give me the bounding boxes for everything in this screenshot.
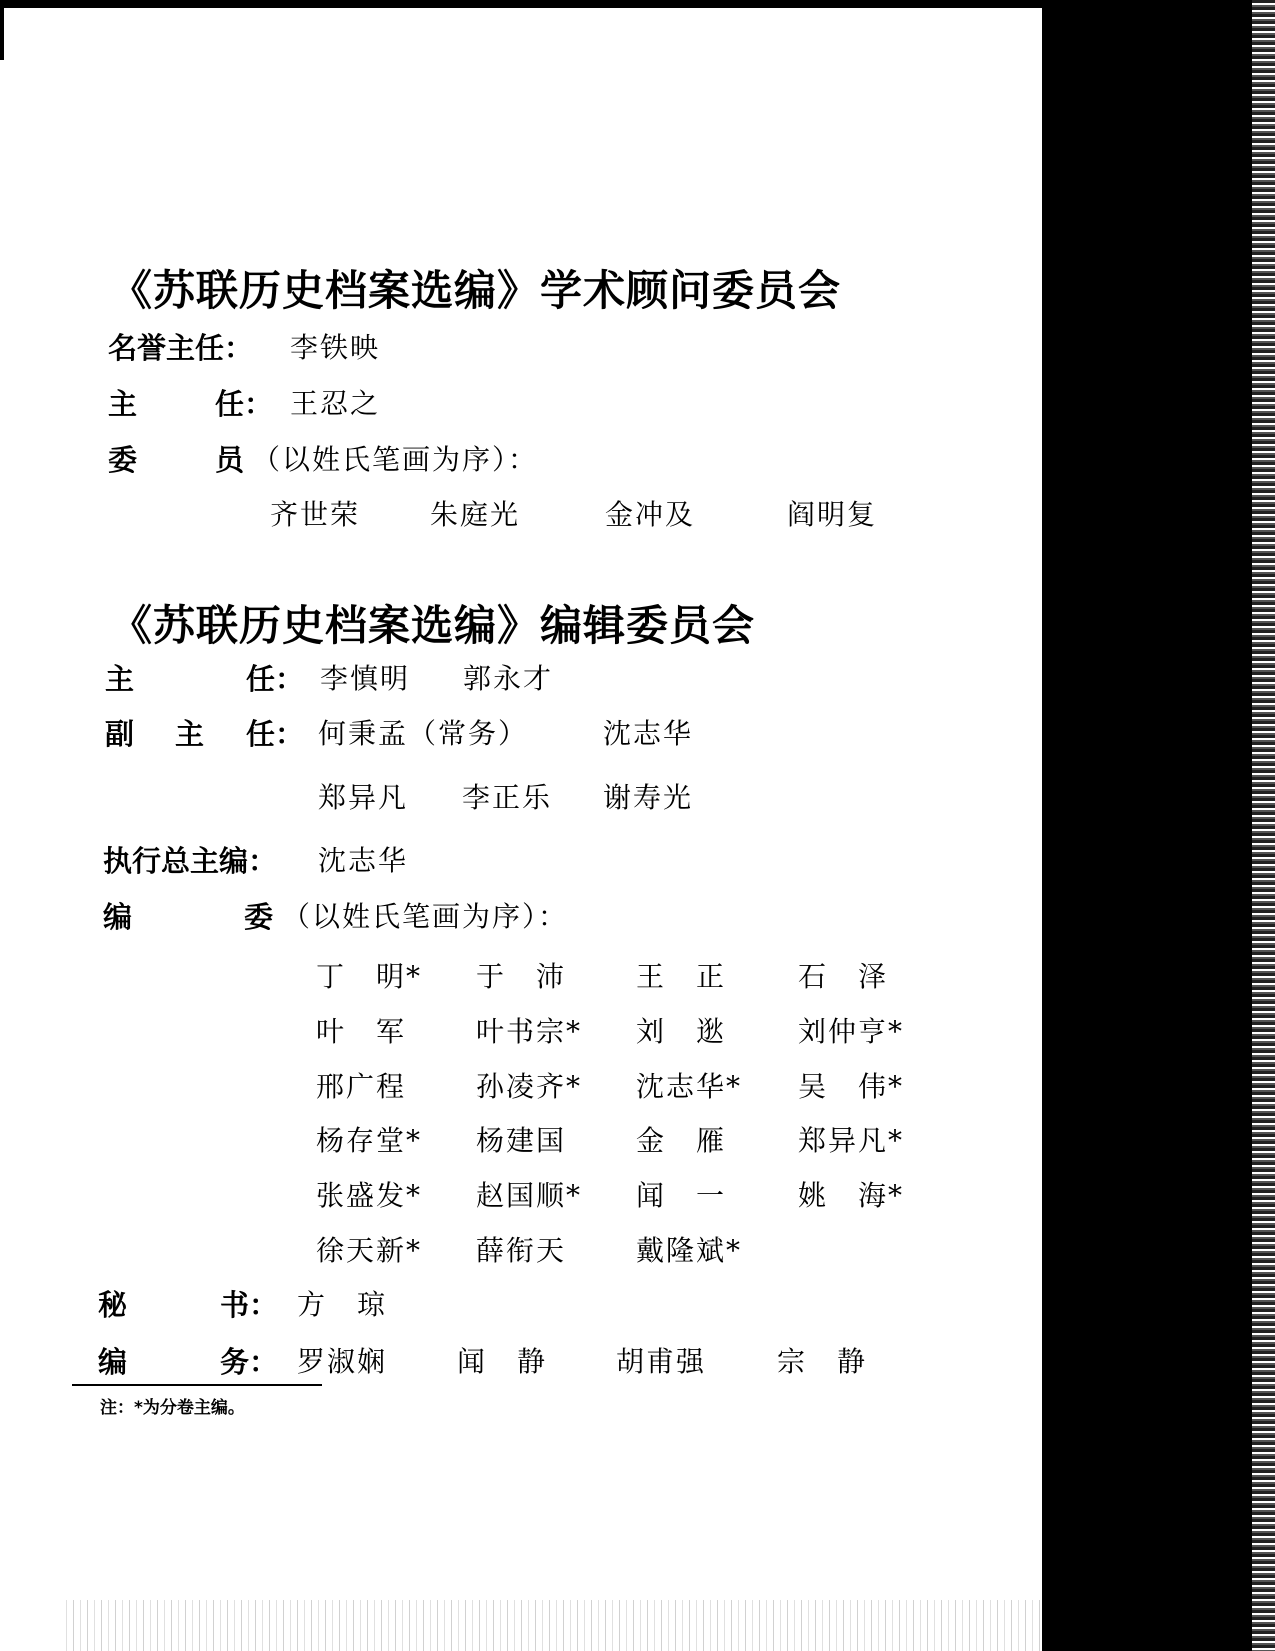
- editorial-staff-name: 闻 静: [457, 1340, 547, 1380]
- editor-name: 郑异凡*: [798, 1119, 904, 1159]
- deputy-director-name: 郑异凡: [318, 776, 408, 816]
- editor-name: 沈志华*: [636, 1065, 742, 1105]
- scan-noise-edge: [1252, 0, 1275, 1651]
- advisory-members-note: （以姓氏笔画为序）：: [252, 438, 538, 478]
- editors-label-b: 委: [244, 895, 273, 936]
- advisory-director-label-b: 任：: [215, 382, 273, 423]
- editorial-committee-title: 《苏联历史档案选编》编辑委员会: [110, 593, 755, 653]
- advisory-committee-title: 《苏联历史档案选编》学术顾问委员会: [110, 258, 841, 318]
- editor-name: 叶书宗*: [476, 1010, 582, 1050]
- advisory-members-label-a: 委: [108, 438, 137, 479]
- editor-name: 戴隆斌*: [636, 1229, 742, 1269]
- scan-bottom-noise: [60, 1600, 1040, 1651]
- editorial-directors-label-a: 主: [105, 657, 134, 698]
- footnote: 注：*为分卷主编。: [100, 1393, 245, 1418]
- honorary-director-name: 李铁映: [290, 326, 380, 366]
- editorial-staff-label-b: 务：: [220, 1340, 278, 1381]
- advisory-member-name: 阎明复: [787, 493, 877, 533]
- deputy-directors-label-c: 任：: [246, 712, 304, 753]
- editorial-staff-name: 宗 静: [777, 1340, 867, 1380]
- editorial-directors-label-b: 任：: [246, 657, 304, 698]
- deputy-directors-label-b: 主: [175, 712, 204, 753]
- editor-name: 闻 一: [636, 1174, 726, 1214]
- editors-note: （以姓氏笔画为序）：: [282, 895, 568, 935]
- honorary-director-label: 名誉主任：: [108, 326, 253, 367]
- editor-name: 杨建国: [476, 1119, 566, 1159]
- advisory-member-name: 齐世荣: [270, 493, 360, 533]
- editors-label-a: 编: [103, 895, 132, 936]
- editor-name: 赵国顺*: [476, 1174, 582, 1214]
- editor-name: 刘 逖: [636, 1010, 726, 1050]
- editor-name: 张盛发*: [316, 1174, 422, 1214]
- editor-name: 刘仲亨*: [798, 1010, 904, 1050]
- secretary-label-b: 书：: [220, 1283, 278, 1324]
- advisory-member-name: 金冲及: [605, 493, 695, 533]
- editor-name: 吴 伟*: [798, 1065, 904, 1105]
- scan-black-margin: [1042, 0, 1252, 1651]
- deputy-directors-label-a: 副: [105, 712, 134, 753]
- deputy-director-name: 沈志华: [603, 712, 693, 752]
- editor-name: 孙凌齐*: [476, 1065, 582, 1105]
- advisory-director-name: 王忍之: [290, 382, 380, 422]
- editor-name: 于 沛: [476, 955, 566, 995]
- executive-chief-editor-name: 沈志华: [318, 839, 408, 879]
- deputy-director-name: 谢寿光: [603, 776, 693, 816]
- editorial-director-name: 郭永才: [463, 657, 553, 697]
- editorial-staff-name: 罗淑娴: [297, 1340, 387, 1380]
- editor-name: 丁 明*: [316, 955, 422, 995]
- advisory-member-name: 朱庭光: [430, 493, 520, 533]
- editorial-director-name: 李慎明: [320, 657, 410, 697]
- editor-name: 金 雁: [636, 1119, 726, 1159]
- executive-chief-editor-label: 执行总主编：: [103, 839, 277, 880]
- secretary-label-a: 秘: [98, 1283, 127, 1324]
- editor-name: 姚 海*: [798, 1174, 904, 1214]
- editor-name: 徐天新*: [316, 1229, 422, 1269]
- footnote-divider: [72, 1384, 322, 1386]
- deputy-director-name: 何秉孟（常务）: [318, 712, 528, 752]
- scan-left-edge: [0, 0, 4, 60]
- advisory-members-label-b: 员: [215, 438, 244, 479]
- editor-name: 邢广程: [316, 1065, 406, 1105]
- editor-name: 杨存堂*: [316, 1119, 422, 1159]
- secretary-name: 方 琼: [297, 1283, 387, 1323]
- editor-name: 叶 军: [316, 1010, 406, 1050]
- editor-name: 王 正: [636, 955, 726, 995]
- editor-name: 石 泽: [798, 955, 888, 995]
- editor-name: 薛衔天: [476, 1229, 566, 1269]
- deputy-director-name: 李正乐: [462, 776, 552, 816]
- editorial-staff-label-a: 编: [98, 1340, 127, 1381]
- editorial-staff-name: 胡甫强: [616, 1340, 706, 1380]
- advisory-director-label-a: 主: [108, 382, 137, 423]
